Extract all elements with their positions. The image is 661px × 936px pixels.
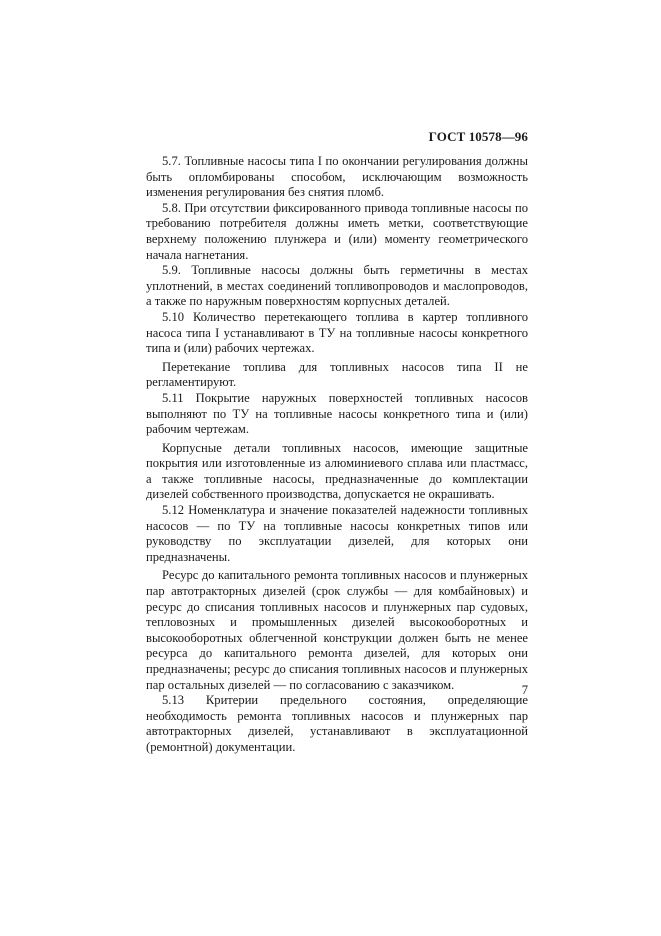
paragraph-5-8: 5.8. При отсутствии фиксированного приво…	[146, 201, 528, 263]
paragraph-5-10: 5.10 Количество перетекающего топлива в …	[146, 310, 528, 357]
paragraph-5-9: 5.9. Топливные насосы должны быть гермет…	[146, 263, 528, 310]
document-code-header: ГОСТ 10578—96	[146, 129, 528, 145]
paragraph-5-12: 5.12 Номенклатура и значение показателей…	[146, 503, 528, 565]
paragraph-5-13: 5.13 Критерии предельного состояния, опр…	[146, 693, 528, 755]
paragraph-5-10-note: Перетекание топлива для топливных насосо…	[146, 360, 528, 391]
document-body: 5.7. Топливные насосы типа I по окончани…	[146, 154, 528, 756]
page-number: 7	[146, 683, 528, 698]
paragraph-5-7: 5.7. Топливные насосы типа I по окончани…	[146, 154, 528, 201]
paragraph-5-12-resource: Ресурс до капитального ремонта топливных…	[146, 568, 528, 693]
paragraph-5-11: 5.11 Покрытие наружных поверхностей топл…	[146, 391, 528, 438]
paragraph-5-11-note: Корпусные детали топливных насосов, имею…	[146, 441, 528, 503]
